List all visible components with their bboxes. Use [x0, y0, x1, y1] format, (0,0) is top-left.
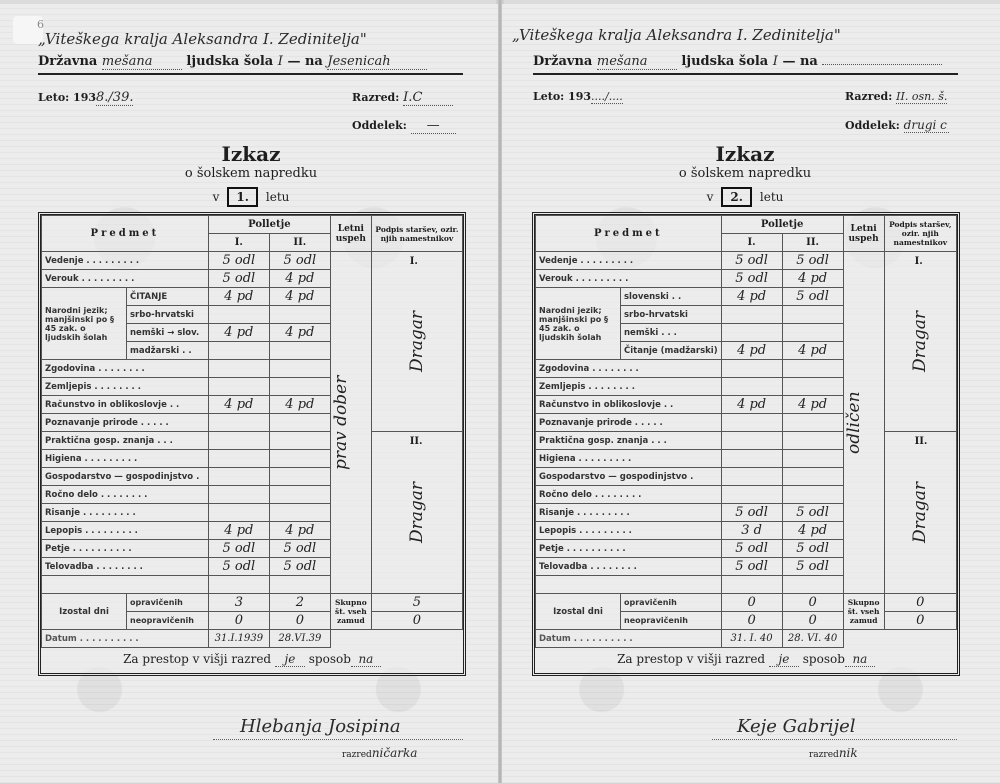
- school-level-mark: I: [773, 54, 778, 69]
- teacher-role-printed: razred: [342, 750, 372, 760]
- signature-line: [213, 739, 463, 740]
- subject-name: Risanje . . . . . . . . .: [42, 504, 209, 522]
- subject-name: [536, 576, 722, 594]
- grade-semester-2: 5 odl: [782, 540, 843, 558]
- school-level-mark: I: [278, 54, 283, 69]
- grade-semester-1: 5 odl: [721, 504, 782, 522]
- header-rule: [38, 73, 463, 75]
- language-name: nemški → slov.: [127, 324, 209, 342]
- grade-semester-2: 4 pd: [782, 270, 843, 288]
- grade-semester-1: [721, 468, 782, 486]
- grade-semester-1: [721, 306, 782, 324]
- promotion-label: Za prestop v višji razred: [123, 652, 271, 666]
- teacher-signature: Keje Gabrijel: [737, 716, 856, 737]
- subject-name: Verouk . . . . . . . . .: [42, 270, 209, 288]
- promotion-suffix: na: [351, 652, 381, 667]
- subject-name: Ročno delo . . . . . . . .: [536, 486, 722, 504]
- grade-semester-2: 4 pd: [782, 342, 843, 360]
- grade-semester-2: 5 odl: [782, 288, 843, 306]
- grade-semester-1: [721, 450, 782, 468]
- drzavna-label: Državna: [533, 54, 592, 69]
- col-letni-uspeh: Letni uspeh: [330, 216, 371, 252]
- razred-label: Razred:: [352, 91, 399, 104]
- grade-semester-2: 5 odl: [782, 558, 843, 576]
- oddelek-value: —: [411, 118, 456, 134]
- izkaz-subtitle: o šolskem napredku: [151, 166, 351, 181]
- grade-semester-1: [208, 306, 269, 324]
- na-label: — na: [782, 54, 817, 69]
- grade-semester-2: 5 odl: [269, 558, 330, 576]
- col-podpis: Podpis staršev, ozir. njih namestnikov: [371, 216, 462, 252]
- absence-label: Izostal dni: [42, 594, 127, 630]
- year-suffix: letu: [760, 190, 784, 204]
- subject-name: Ročno delo . . . . . . . .: [42, 486, 209, 504]
- excused-semester-1: 3: [208, 594, 269, 612]
- grade-semester-1: 5 odl: [208, 270, 269, 288]
- location-value: Jesenicah: [327, 54, 427, 70]
- table-row: Praktična gosp. znanja . . . II. Dragar: [42, 432, 463, 450]
- grade-semester-1: 5 odl: [721, 270, 782, 288]
- grade-semester-2: 4 pd: [269, 522, 330, 540]
- grade-semester-2: 4 pd: [782, 522, 843, 540]
- school-type-value: mešana: [102, 54, 182, 70]
- date-row-empty: [330, 630, 462, 648]
- excused-semester-2: 2: [269, 594, 330, 612]
- razred-field: Razred: I.C: [352, 90, 453, 106]
- grade-semester-2: 4 pd: [782, 396, 843, 414]
- teacher-role-handwritten: nik: [839, 746, 858, 760]
- grade-semester-1: [208, 468, 269, 486]
- promotion-label: Za prestop v višji razred: [617, 652, 765, 666]
- oddelek-value: drugi c: [904, 118, 949, 133]
- grade-semester-1: 5 odl: [721, 558, 782, 576]
- grade-semester-1: [721, 432, 782, 450]
- drzavna-label: Državna: [38, 54, 97, 69]
- school-type-value: mešana: [597, 54, 677, 70]
- date-semester-2: 28.VI.39: [269, 630, 330, 648]
- grade-semester-2: [269, 432, 330, 450]
- subject-name: Zgodovina . . . . . . . .: [536, 360, 722, 378]
- report-page-right: „Viteškega kralja Aleksandra I. Zedinite…: [502, 4, 1000, 783]
- grade-semester-1: 4 pd: [721, 342, 782, 360]
- parent-signature-2: Dragar: [407, 482, 427, 543]
- subject-name: [42, 576, 209, 594]
- subject-name: Praktična gosp. znanja . . .: [42, 432, 209, 450]
- grade-semester-2: [269, 486, 330, 504]
- grade-semester-1: 4 pd: [208, 324, 269, 342]
- subject-name: Računstvo in oblikoslovje . .: [536, 396, 722, 414]
- grade-semester-1: [208, 414, 269, 432]
- subject-name: Gospodarstvo — gospodinjstvo .: [536, 468, 722, 486]
- signature-line: [712, 739, 957, 740]
- leto-value: 8./39.: [96, 90, 133, 106]
- subject-name: Gospodarstvo — gospodinjstvo .: [42, 468, 209, 486]
- col-polletje-2: II.: [269, 234, 330, 252]
- subject-name: Petje . . . . . . . . . .: [536, 540, 722, 558]
- grade-semester-1: [208, 432, 269, 450]
- razred-value: II. osn. š.: [896, 90, 947, 104]
- razred-value: I.C: [403, 90, 453, 106]
- col-podpis: Podpis staršev, ozir. njih namestnikov: [884, 216, 956, 252]
- unexcused-semester-1: 0: [721, 612, 782, 630]
- semester-2-mark: II.: [915, 436, 928, 447]
- grade-semester-1: 5 odl: [721, 540, 782, 558]
- total-unexcused: 0: [371, 612, 462, 630]
- subject-name: Higiena . . . . . . . . .: [536, 450, 722, 468]
- table-row: Praktična gosp. znanja . . . II. Dragar: [536, 432, 957, 450]
- grade-semester-2: [782, 378, 843, 396]
- grade-semester-1: [208, 378, 269, 396]
- school-line: Državna mešana ljudska šola I — na Jesen…: [38, 54, 427, 70]
- annual-result-cell: prav dober: [330, 252, 371, 594]
- unexcused-label: neopravičenih: [127, 612, 209, 630]
- izkaz-title: Izkaz: [151, 142, 351, 166]
- grades-table: Predmet Polletje Letni uspeh Podpis star…: [532, 212, 960, 676]
- col-predmet: Predmet: [42, 216, 209, 252]
- izkaz-heading: Izkaz o šolskem napredku v2.letu: [645, 142, 845, 207]
- unexcused-semester-2: 0: [269, 612, 330, 630]
- date-row-empty: [843, 630, 956, 648]
- grade-semester-1: 4 pd: [208, 396, 269, 414]
- excused-semester-1: 0: [721, 594, 782, 612]
- promotion-line: Za prestop v višji razred je sposobna: [535, 648, 957, 673]
- grade-semester-2: [269, 306, 330, 324]
- izkaz-title: Izkaz: [645, 142, 845, 166]
- grade-semester-2: 5 odl: [782, 504, 843, 522]
- grade-semester-2: [269, 342, 330, 360]
- grade-semester-2: [782, 576, 843, 594]
- grade-semester-1: [721, 486, 782, 504]
- subject-name: Higiena . . . . . . . . .: [42, 450, 209, 468]
- col-letni-uspeh: Letni uspeh: [843, 216, 884, 252]
- grade-semester-1: [208, 450, 269, 468]
- grade-semester-1: [721, 360, 782, 378]
- school-year: Leto: 193..../....: [533, 90, 623, 104]
- year-prefix: v: [213, 190, 220, 204]
- subject-name: Zemljepis . . . . . . . .: [536, 378, 722, 396]
- unexcused-label: neopravičenih: [621, 612, 722, 630]
- grade-semester-2: [269, 414, 330, 432]
- total-absences-label: Skupno št. vseh zamud: [330, 594, 371, 630]
- teacher-role-handwritten: ničarka: [372, 746, 418, 760]
- grade-semester-2: [782, 450, 843, 468]
- grade-semester-2: [269, 378, 330, 396]
- grade-semester-2: [269, 504, 330, 522]
- total-unexcused: 0: [884, 612, 956, 630]
- report-page-left: 6 „Viteškega kralja Aleksandra I. Zedini…: [0, 4, 498, 783]
- grades-table: Predmet Polletje Letni uspeh Podpis star…: [38, 212, 466, 676]
- parent-signature-1: Dragar: [407, 311, 427, 372]
- subject-name: Verouk . . . . . . . . .: [536, 270, 722, 288]
- grade-semester-1: [721, 324, 782, 342]
- date-semester-2: 28. VI. 40: [782, 630, 843, 648]
- oddelek-field: Oddelek: —: [352, 118, 456, 134]
- grade-semester-2: [782, 414, 843, 432]
- absence-label: Izostal dni: [536, 594, 621, 630]
- parent-signature-2: Dragar: [910, 482, 930, 543]
- subject-name: Računstvo in oblikoslovje . .: [42, 396, 209, 414]
- grade-semester-1: 4 pd: [208, 522, 269, 540]
- excused-semester-2: 0: [782, 594, 843, 612]
- grade-semester-1: [208, 504, 269, 522]
- subject-name: Telovadba . . . . . . . .: [42, 558, 209, 576]
- grade-semester-2: [782, 432, 843, 450]
- subject-name: Telovadba . . . . . . . .: [536, 558, 722, 576]
- grade-semester-1: 5 odl: [208, 252, 269, 270]
- razred-label: Razred:: [845, 90, 892, 103]
- semester-2-mark: II.: [410, 436, 423, 447]
- subject-name: Vedenje . . . . . . . . .: [42, 252, 209, 270]
- teacher-role-printed: razred: [809, 750, 839, 760]
- leto-label: Leto: 193: [38, 91, 96, 104]
- grade-semester-2: [782, 360, 843, 378]
- year-number-box: 2.: [721, 187, 752, 207]
- grade-semester-1: 5 odl: [208, 558, 269, 576]
- grade-semester-1: [721, 414, 782, 432]
- table-row: Vedenje . . . . . . . . . 5 odl 5 odlodl…: [536, 252, 957, 270]
- grade-semester-1: 5 odl: [721, 252, 782, 270]
- annual-result-cell: odličen: [843, 252, 884, 594]
- language-name: srbo-hrvatski: [621, 306, 722, 324]
- grade-semester-2: [269, 450, 330, 468]
- language-name: slovenski . .: [621, 288, 722, 306]
- grade-semester-2: [782, 306, 843, 324]
- ljudska-sola-label: ljudska šola: [681, 54, 768, 69]
- year-prefix: v: [707, 190, 714, 204]
- grade-semester-2: [269, 576, 330, 594]
- promotion-suffix: na: [845, 652, 875, 667]
- izkaz-subtitle: o šolskem napredku: [645, 166, 845, 181]
- absence-row-excused: Izostal dni opravičenih 3 2 Skupno št. v…: [42, 594, 463, 612]
- datum-label: Datum . . . . . . . . . .: [536, 630, 722, 648]
- izkaz-heading: Izkaz o šolskem napredku v1.letu: [151, 142, 351, 207]
- grade-semester-2: 5 odl: [269, 540, 330, 558]
- grade-semester-2: 5 odl: [782, 252, 843, 270]
- grade-semester-1: [721, 576, 782, 594]
- year-suffix: letu: [266, 190, 290, 204]
- grade-semester-1: 4 pd: [721, 288, 782, 306]
- oddelek-label: Oddelek:: [845, 119, 900, 132]
- subject-name: Zgodovina . . . . . . . .: [42, 360, 209, 378]
- language-name: madžarski . .: [127, 342, 209, 360]
- date-row: Datum . . . . . . . . . . 31.I.1939 28.V…: [42, 630, 463, 648]
- col-polletje: Polletje: [721, 216, 843, 234]
- grade-semester-1: 4 pd: [721, 396, 782, 414]
- promotion-je: je: [275, 652, 305, 667]
- promotion-sposob-label: sposob: [803, 652, 845, 666]
- promotion-line: Za prestop v višji razred je sposobna: [41, 648, 463, 673]
- col-polletje-1: I.: [721, 234, 782, 252]
- header-rule: [533, 73, 958, 75]
- subject-name: Poznavanje prirode . . . . .: [536, 414, 722, 432]
- grade-semester-1: 4 pd: [208, 288, 269, 306]
- leto-value: ..../....: [591, 90, 623, 104]
- excused-label: opravičenih: [621, 594, 722, 612]
- grade-semester-2: [782, 468, 843, 486]
- grade-semester-2: 4 pd: [269, 270, 330, 288]
- promotion-je: je: [769, 652, 799, 667]
- col-polletje-2: II.: [782, 234, 843, 252]
- grade-semester-2: 4 pd: [269, 324, 330, 342]
- col-polletje: Polletje: [208, 216, 330, 234]
- school-name-handwritten: „Viteškega kralja Aleksandra I. Zedinite…: [512, 26, 841, 44]
- school-line: Državna mešana ljudska šola I — na: [533, 54, 942, 70]
- subject-name: Lepopis . . . . . . . . .: [536, 522, 722, 540]
- subject-name: Vedenje . . . . . . . . .: [536, 252, 722, 270]
- unexcused-semester-1: 0: [208, 612, 269, 630]
- promotion-sposob-label: sposob: [309, 652, 351, 666]
- grade-semester-2: 4 pd: [269, 396, 330, 414]
- oddelek-field: Oddelek: drugi c: [845, 118, 949, 133]
- col-polletje-1: I.: [208, 234, 269, 252]
- language-name: nemški . . .: [621, 324, 722, 342]
- total-excused: 5: [371, 594, 462, 612]
- date-row: Datum . . . . . . . . . . 31. I. 40 28. …: [536, 630, 957, 648]
- school-year-number: v2.letu: [645, 187, 845, 207]
- datum-label: Datum . . . . . . . . . .: [42, 630, 209, 648]
- school-year-number: v1.letu: [151, 187, 351, 207]
- parent-signature-1-cell: I. Dragar: [884, 252, 956, 432]
- excused-label: opravičenih: [127, 594, 209, 612]
- language-group-label: Narodni jezik; manjšinski po § 45 zak. o…: [536, 288, 621, 360]
- na-label: — na: [287, 54, 322, 69]
- grade-semester-1: [208, 342, 269, 360]
- grade-semester-2: [269, 468, 330, 486]
- language-name: srbo-hrvatski: [127, 306, 209, 324]
- grade-semester-2: [782, 486, 843, 504]
- grade-semester-1: 5 odl: [208, 540, 269, 558]
- grade-semester-2: 5 odl: [269, 252, 330, 270]
- total-excused: 0: [884, 594, 956, 612]
- language-name: Čitanje (madžarski): [621, 342, 722, 360]
- date-semester-1: 31.I.1939: [208, 630, 269, 648]
- razred-field: Razred: II. osn. š.: [845, 90, 947, 104]
- grade-semester-1: [208, 486, 269, 504]
- total-absences-label: Skupno št. vseh zamud: [843, 594, 884, 630]
- language-name: ČITANJE: [127, 288, 209, 306]
- leto-label: Leto: 193: [533, 90, 591, 103]
- oddelek-label: Oddelek:: [352, 119, 407, 132]
- subject-name: Petje . . . . . . . . . .: [42, 540, 209, 558]
- grade-semester-2: [782, 324, 843, 342]
- teacher-signature: Hlebanja Josipina: [240, 716, 401, 737]
- grade-semester-1: 3 d: [721, 522, 782, 540]
- teacher-role: razredničarka: [342, 746, 417, 760]
- subject-name: Risanje . . . . . . . . .: [536, 504, 722, 522]
- grade-semester-2: 4 pd: [269, 288, 330, 306]
- language-group-label: Narodni jezik; manjšinski po § 45 zak. o…: [42, 288, 127, 360]
- subject-name: Poznavanje prirode . . . . .: [42, 414, 209, 432]
- teacher-role: razrednik: [809, 746, 858, 760]
- date-semester-1: 31. I. 40: [721, 630, 782, 648]
- subject-name: Praktična gosp. znanja . . .: [536, 432, 722, 450]
- subject-name: Zemljepis . . . . . . . .: [42, 378, 209, 396]
- annual-result: prav dober: [331, 252, 351, 593]
- semester-1-mark: I.: [915, 256, 923, 267]
- school-name-handwritten: „Viteškega kralja Aleksandra I. Zedinite…: [38, 30, 367, 48]
- semester-1-mark: I.: [410, 256, 418, 267]
- col-predmet: Predmet: [536, 216, 722, 252]
- parent-signature-2-cell: II. Dragar: [884, 432, 956, 594]
- subject-name: Lepopis . . . . . . . . .: [42, 522, 209, 540]
- parent-signature-2-cell: II. Dragar: [371, 432, 462, 594]
- grade-semester-1: [208, 576, 269, 594]
- grade-semester-1: [208, 360, 269, 378]
- unexcused-semester-2: 0: [782, 612, 843, 630]
- header-row: Predmet Polletje Letni uspeh Podpis star…: [42, 216, 463, 234]
- school-year: Leto: 1938./39.: [38, 90, 133, 106]
- absence-row-excused: Izostal dni opravičenih 0 0 Skupno št. v…: [536, 594, 957, 612]
- parent-signature-1-cell: I. Dragar: [371, 252, 462, 432]
- year-number-box: 1.: [227, 187, 258, 207]
- parent-signature-1: Dragar: [910, 311, 930, 372]
- table-row: Vedenje . . . . . . . . . 5 odl 5 odlpra…: [42, 252, 463, 270]
- header-row: Predmet Polletje Letni uspeh Podpis star…: [536, 216, 957, 234]
- grade-semester-1: [721, 378, 782, 396]
- annual-result: odličen: [844, 252, 864, 593]
- ljudska-sola-label: ljudska šola: [186, 54, 273, 69]
- grade-semester-2: [269, 360, 330, 378]
- location-value: [822, 64, 942, 65]
